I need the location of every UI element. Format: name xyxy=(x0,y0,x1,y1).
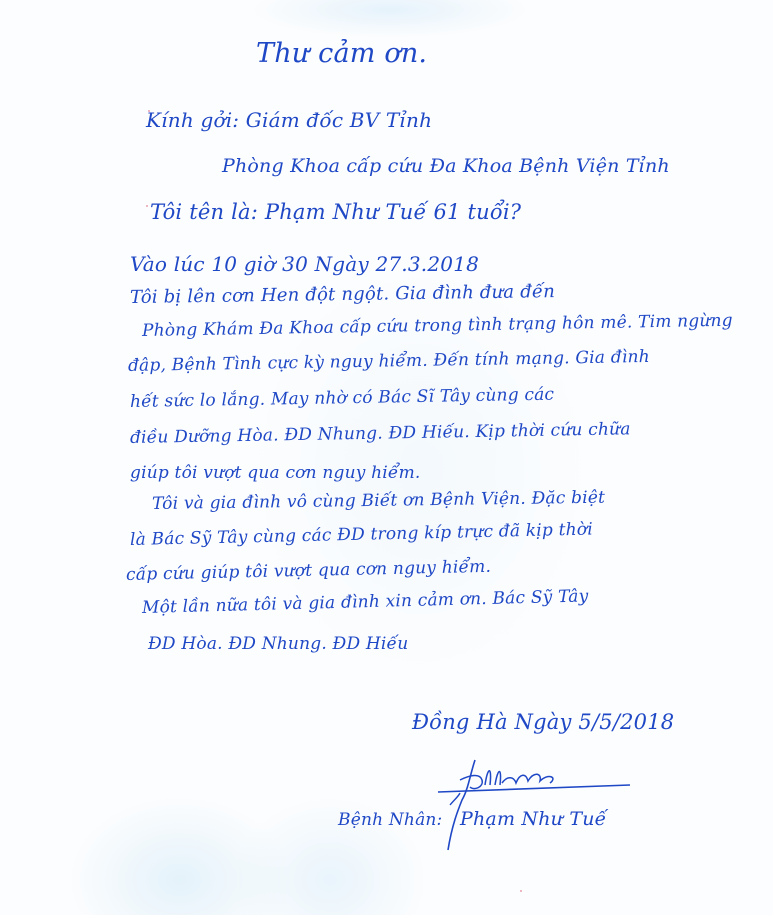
scanned-paper: Thư cảm ơn. Kính gởi: Giám đốc BV Tỉnh P… xyxy=(0,0,773,915)
signer-name: Phạm Như Tuế xyxy=(460,808,607,830)
body-line: Phòng Khám Đa Khoa cấp cứu trong tình tr… xyxy=(142,311,733,341)
intro-line: Tôi tên là: Phạm Như Tuế 61 tuổi? xyxy=(150,200,521,224)
body-line: hết sức lo lắng. May nhờ có Bác Sĩ Tây c… xyxy=(130,385,555,412)
body-line: đập, Bệnh Tình cực kỳ nguy hiểm. Đến tín… xyxy=(128,347,650,376)
salutation-line-2: Phòng Khoa cấp cứu Đa Khoa Bệnh Viện Tỉn… xyxy=(222,155,670,177)
signer-label: Bệnh Nhân: xyxy=(338,810,443,830)
paper-speck xyxy=(520,890,522,892)
paper-speck xyxy=(148,110,150,112)
body-line: là Bác Sỹ Tây cùng các ĐD trong kíp trực… xyxy=(130,519,593,549)
place-date: Đồng Hà Ngày 5/5/2018 xyxy=(412,710,674,734)
body-line: Tôi và gia đình vô cùng Biết ơn Bệnh Việ… xyxy=(152,488,605,514)
signature-icon xyxy=(430,755,730,855)
letter-title: Thư cảm ơn. xyxy=(256,38,427,69)
body-line: giúp tôi vượt qua cơn nguy hiểm. xyxy=(130,463,421,483)
body-line: Một lần nữa tôi và gia đình xin cảm ơn. … xyxy=(142,586,589,618)
body-line: điều Dưỡng Hòa. ĐD Nhung. ĐD Hiếu. Kịp t… xyxy=(130,419,631,448)
body-line: Vào lúc 10 giờ 30 Ngày 27.3.2018 xyxy=(130,252,479,276)
body-line: cấp cứu giúp tôi vượt qua cơn nguy hiểm. xyxy=(126,557,492,585)
paper-speck xyxy=(146,205,148,207)
body-line: Tôi bị lên cơn Hen đột ngột. Gia đình đư… xyxy=(130,281,555,308)
salutation-line-1: Kính gởi: Giám đốc BV Tỉnh xyxy=(146,108,432,132)
body-line: ĐD Hòa. ĐD Nhung. ĐD Hiếu xyxy=(148,634,408,654)
